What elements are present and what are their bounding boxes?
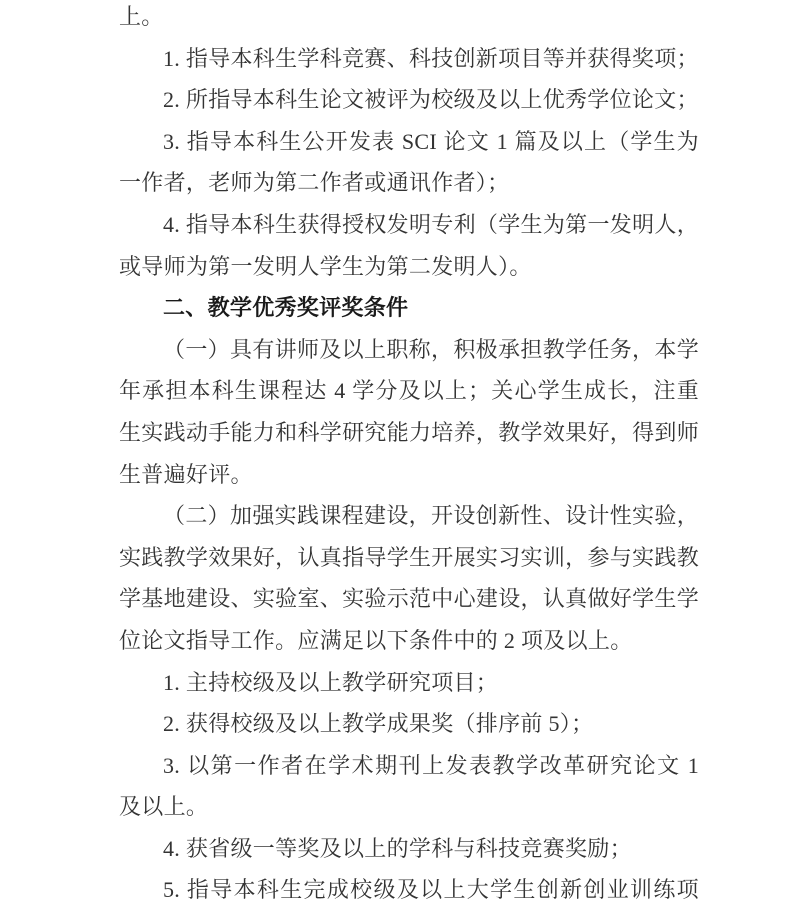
text-line: 2. 获得校级及以上教学成果奖（排序前 5）； [119, 703, 699, 745]
text-line: 位论文指导工作。应满足以下条件中的 2 项及以上。 [119, 620, 699, 662]
text-line: （二）加强实践课程建设，开设创新性、设计性实验， [119, 495, 699, 537]
text-line: 生实践动手能力和科学研究能力培养，教学效果好，得到师 [119, 412, 699, 454]
text-line: 1. 指导本科生学科竞赛、科技创新项目等并获得奖项； [119, 38, 699, 80]
section-heading: 二、教学优秀奖评奖条件 [119, 287, 699, 329]
text-line: 学基地建设、实验室、实验示范中心建设，认真做好学生学 [119, 578, 699, 620]
text-line: 实践教学效果好，认真指导学生开展实习实训，参与实践教 [119, 537, 699, 579]
document-page: 上。1. 指导本科生学科竞赛、科技创新项目等并获得奖项；2. 所指导本科生论文被… [0, 0, 799, 910]
text-line: 上。 [119, 0, 699, 38]
text-line: 4. 指导本科生获得授权发明专利（学生为第一发明人， [119, 204, 699, 246]
text-line: 或导师为第一发明人学生为第二发明人）。 [119, 246, 699, 288]
text-line: 年承担本科生课程达 4 学分及以上；关心学生成长，注重学 [119, 370, 699, 412]
document-body: 上。1. 指导本科生学科竞赛、科技创新项目等并获得奖项；2. 所指导本科生论文被… [119, 0, 699, 910]
text-line: 及以上。 [119, 786, 699, 828]
text-line: 1. 主持校级及以上教学研究项目； [119, 662, 699, 704]
text-line: 4. 获省级一等奖及以上的学科与科技竞赛奖励； [119, 828, 699, 870]
text-line: 生普遍好评。 [119, 454, 699, 496]
text-line: 3. 以第一作者在学术期刊上发表教学改革研究论文 1 篇 [119, 745, 699, 787]
text-line: 一作者，老师为第二作者或通讯作者）； [119, 162, 699, 204]
text-line: 3. 指导本科生公开发表 SCI 论文 1 篇及以上（学生为第 [119, 121, 699, 163]
text-line: 2. 所指导本科生论文被评为校级及以上优秀学位论文； [119, 79, 699, 121]
text-line: （一）具有讲师及以上职称，积极承担教学任务，本学 [119, 329, 699, 371]
text-line: 5. 指导本科生完成校级及以上大学生创新创业训练项 [119, 869, 699, 910]
